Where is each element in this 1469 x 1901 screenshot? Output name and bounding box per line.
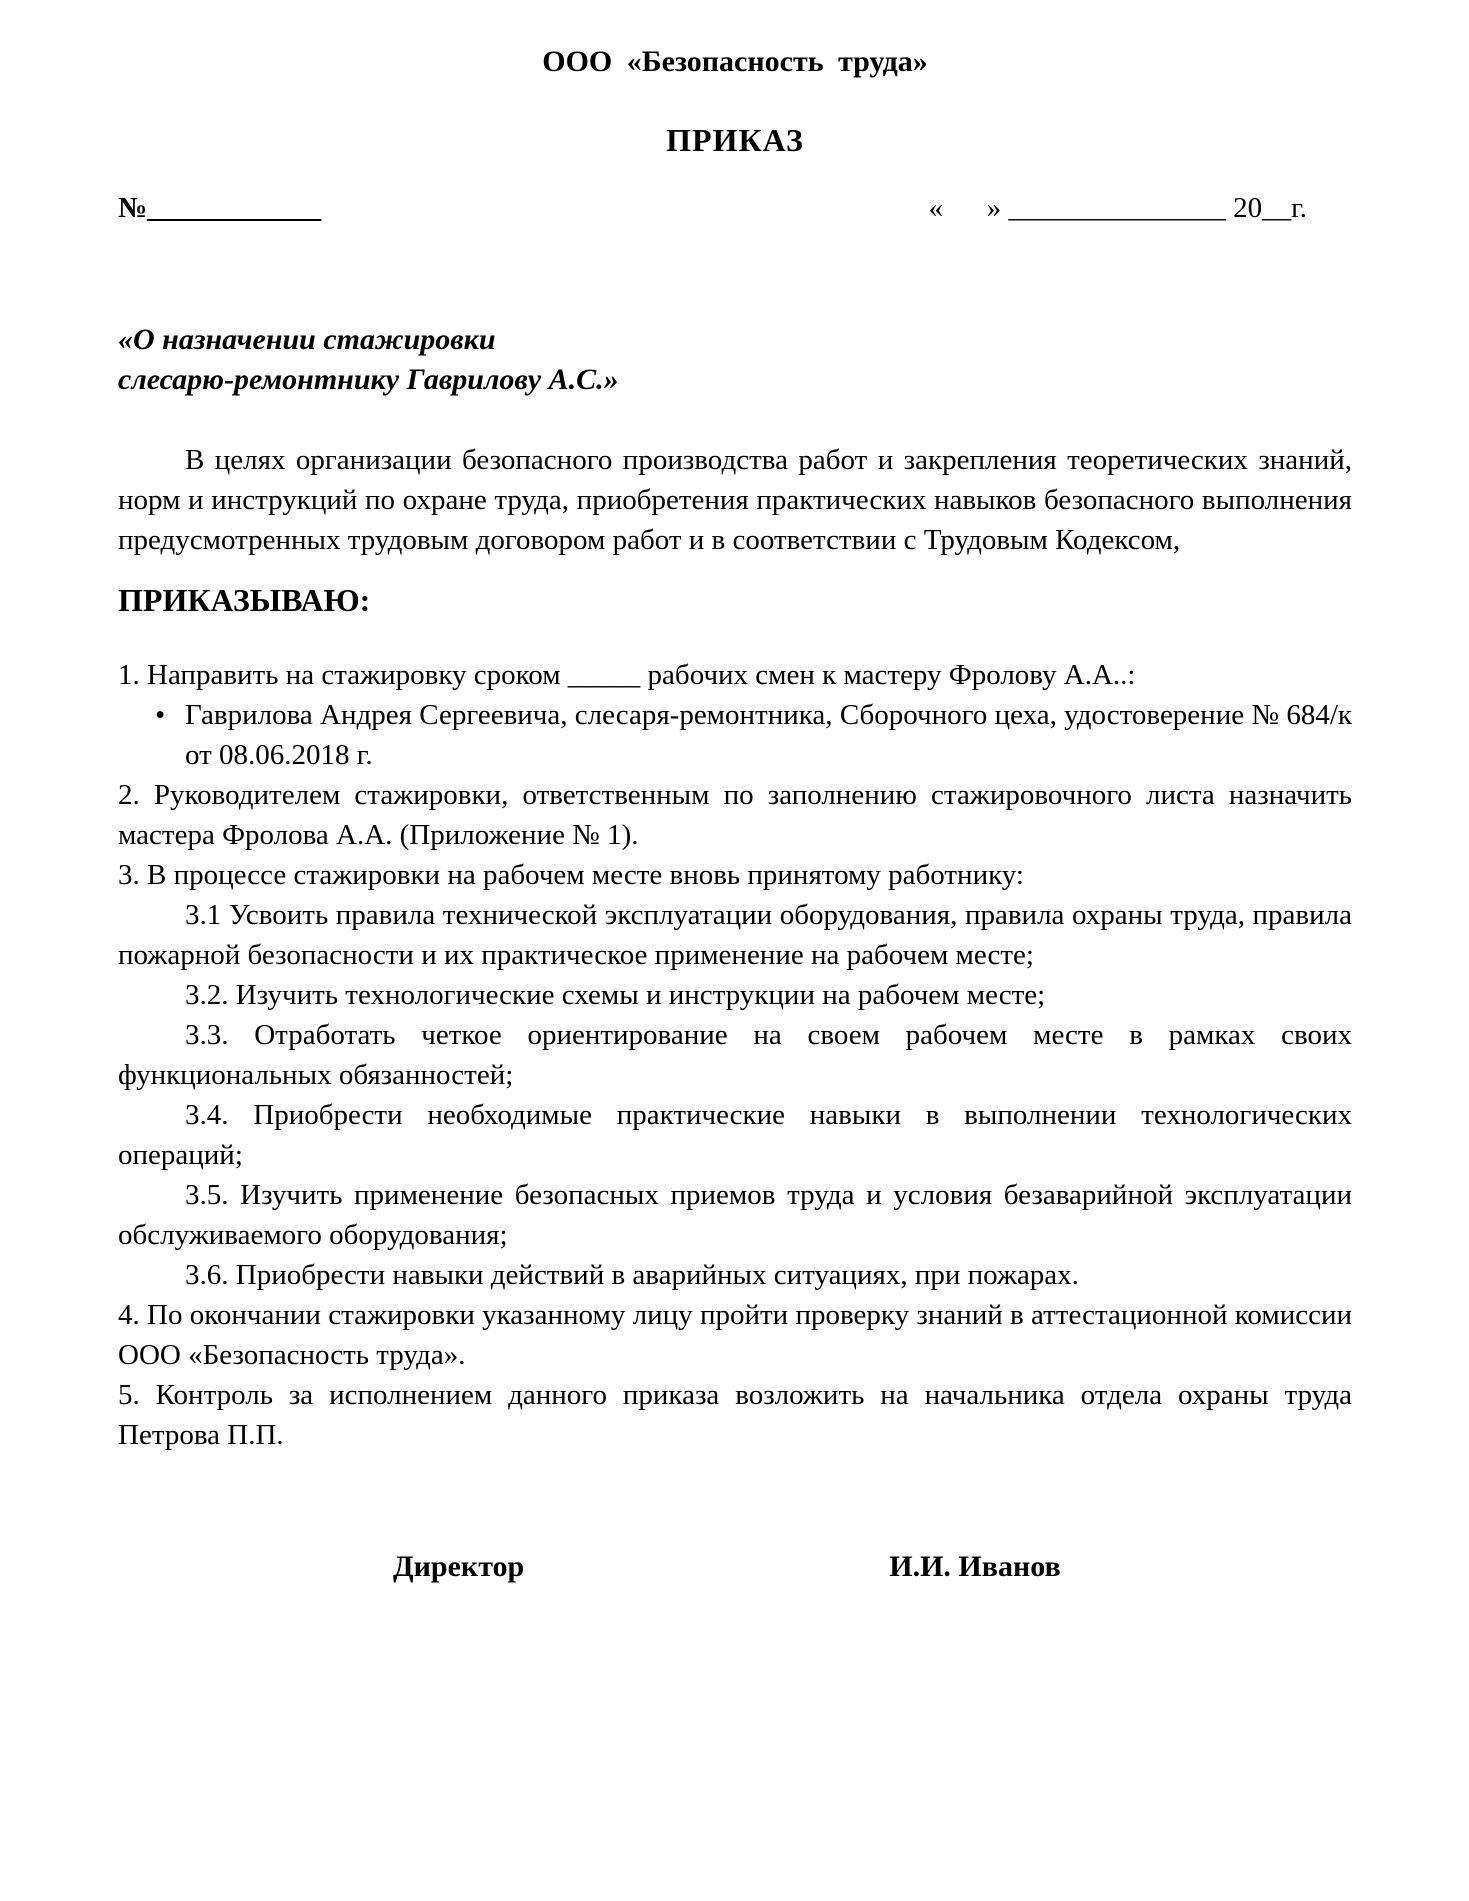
bullet-icon: • [155,695,165,735]
order-number-blank: №____________ [118,188,321,228]
order-date-blank: « » _______________ 20__г. [929,188,1307,228]
order-item: 3.2. Изучить технологические схемы и инс… [118,975,1352,1015]
document-title: ПРИКАЗ [118,120,1352,160]
order-item: 2. Руководителем стажировки, ответственн… [118,775,1352,855]
signature-person-name: И.И. Иванов [889,1547,1060,1587]
order-item: 5. Контроль за исполнением данного прика… [118,1375,1352,1455]
signature-job-title: Директор [393,1547,524,1587]
order-subject-line2: слесарю-ремонтнику Гаврилову А.С.» [118,360,1352,400]
order-item: 4. По окончании стажировки указанному ли… [118,1295,1352,1375]
preamble-paragraph: В целях организации безопасного производ… [118,440,1352,560]
company-name: ООО «Безопасность труда» [118,42,1352,82]
order-items-list: 1. Направить на стажировку сроком _____ … [118,655,1352,1455]
order-subject-line1: «О назначении стажировки [118,320,1352,360]
order-item: 3.5. Изучить применение безопасных прием… [118,1175,1352,1255]
document-page: ООО «Безопасность труда» ПРИКАЗ №_______… [0,0,1469,1901]
order-item: 3.6. Приобрести навыки действий в аварий… [118,1255,1352,1295]
order-subject: «О назначении стажировки слесарю-ремонтн… [118,320,1352,400]
order-item: 3.1 Усвоить правила технической эксплуат… [118,895,1352,975]
order-heading: ПРИКАЗЫВАЮ: [118,580,1352,620]
number-date-row: №____________ « » _______________ 20__г. [118,188,1352,228]
order-item: 3. В процессе стажировки на рабочем мест… [118,855,1352,895]
order-item: 1. Направить на стажировку сроком _____ … [118,655,1352,695]
order-item: 3.4. Приобрести необходимые практические… [118,1095,1352,1175]
order-item: 3.3. Отработать четкое ориентирование на… [118,1015,1352,1095]
signature-block: Директор И.И. Иванов [118,1547,1352,1587]
order-item: •Гаврилова Андрея Сергеевича, слесаря-ре… [118,695,1352,775]
